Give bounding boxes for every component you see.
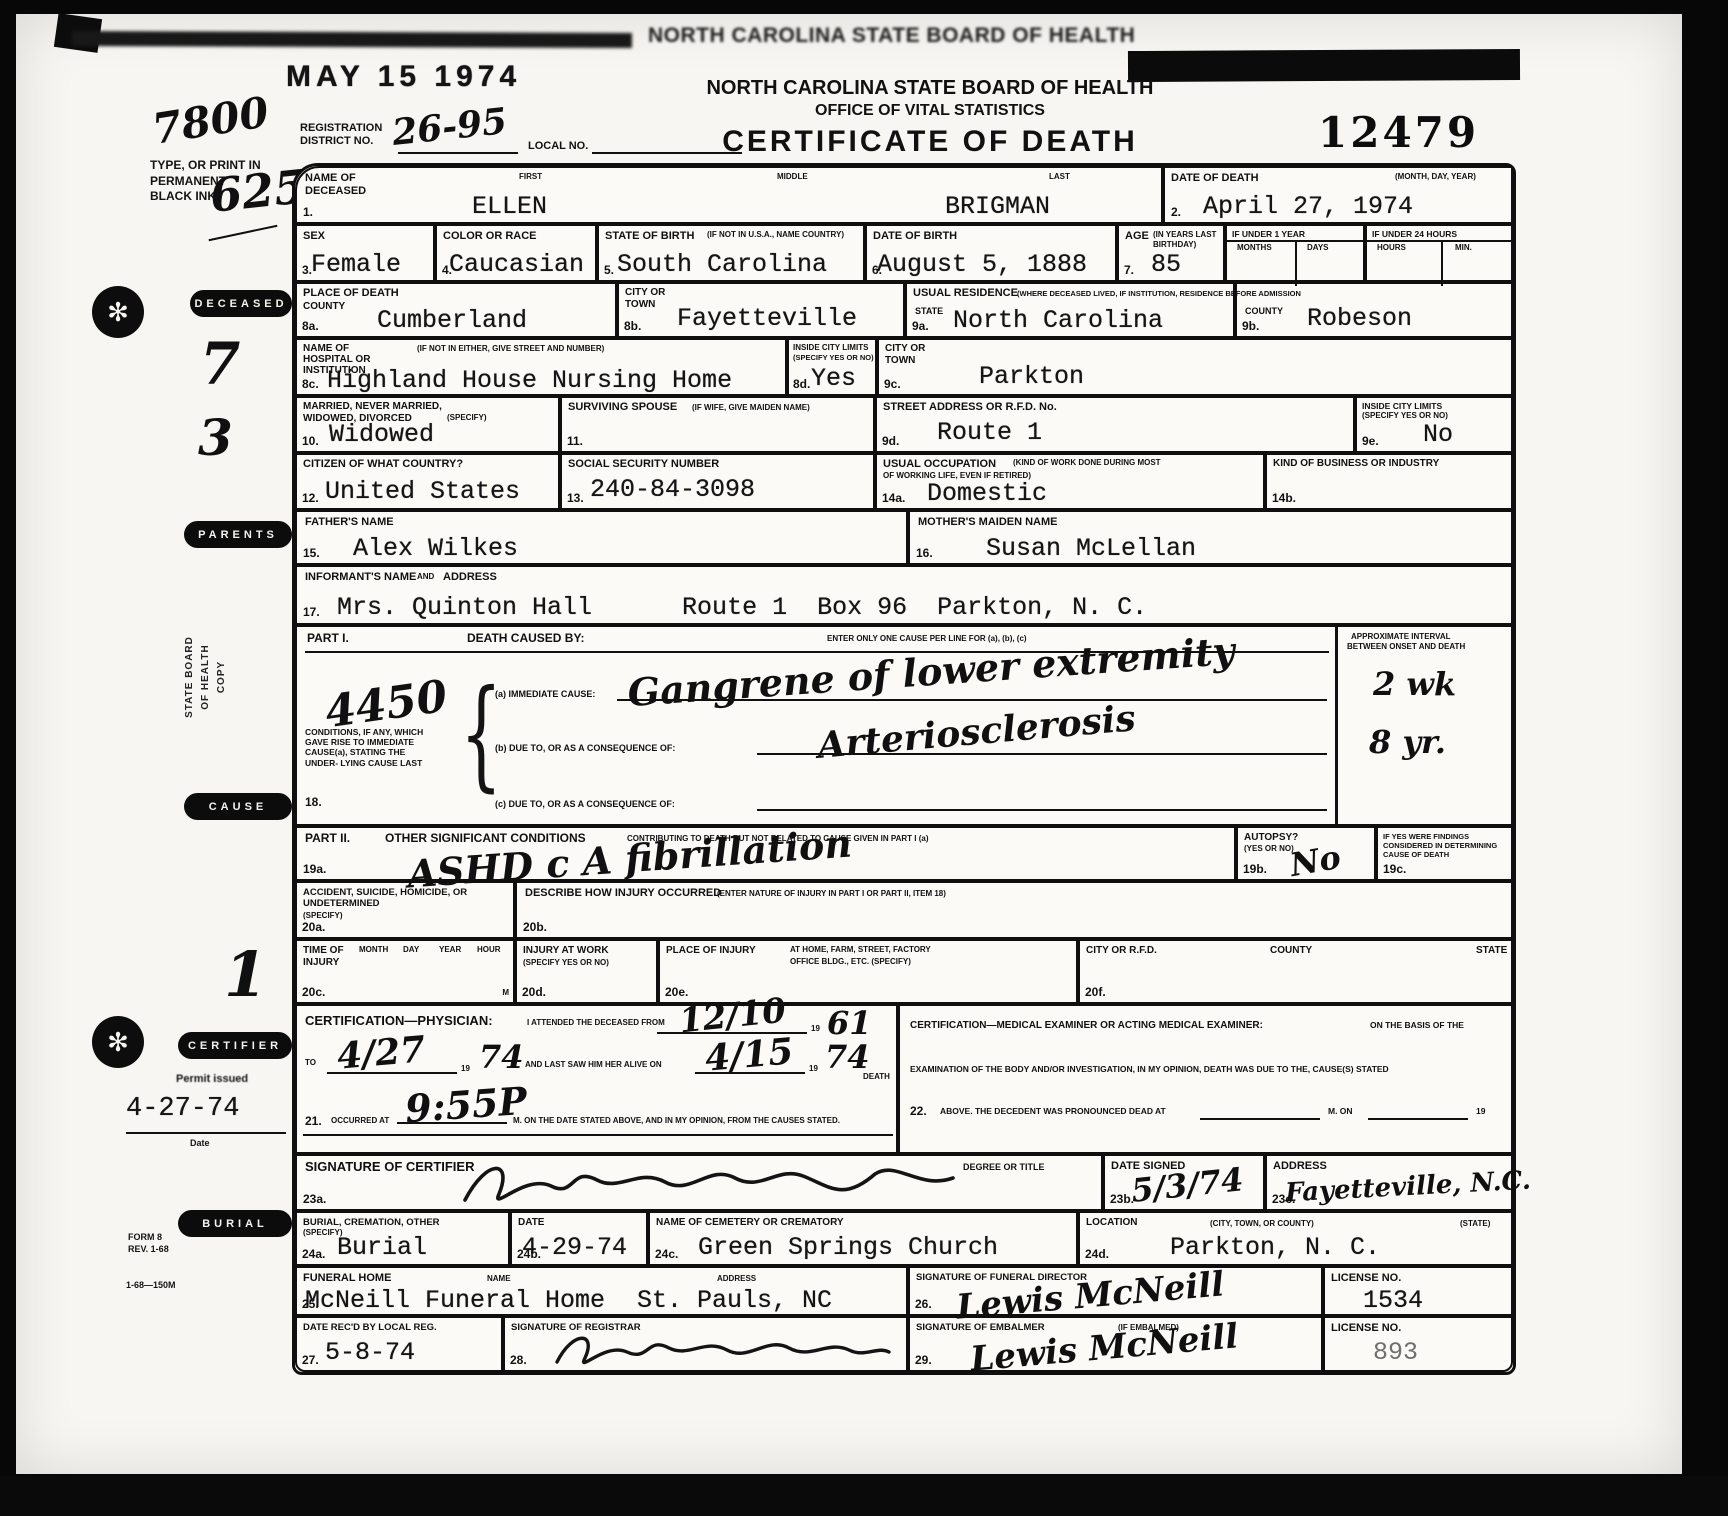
field-embalmer-license: LICENSE NO. 893 (1323, 1316, 1513, 1372)
field-date-received: DATE REC'D BY LOCAL REG. 27. 5-8-74 (295, 1316, 503, 1372)
permit-date: 4-27-74 (126, 1094, 239, 1124)
header-office: OFFICE OF VITAL STATISTICS (690, 101, 1170, 122)
field-place-of-injury: PLACE OF INJURY AT HOME, FARM, STREET, F… (658, 939, 1078, 1004)
tab-certifier: CERTIFIER (178, 1032, 292, 1059)
value-death-county: Cumberland (377, 306, 527, 335)
field-time-of-injury: TIME OF INJURY MONTH DAY YEAR HOUR 20c. … (295, 939, 515, 1004)
black-bar-artifact (1128, 49, 1520, 82)
value-disposition-location: Parkton, N. C. (1170, 1233, 1380, 1262)
value-inside-city-8d: Yes (811, 364, 856, 393)
section-cause-of-death: PART I. DEATH CAUSED BY: ENTER ONLY ONE … (295, 625, 1513, 826)
field-disposition: BURIAL, CREMATION, OTHER (SPECIFY) 24a. … (295, 1211, 510, 1266)
value-due-to-b: Arteriosclerosis (816, 697, 1137, 767)
certificate-form: NAME OF DECEASED FIRST MIDDLE LAST 1. EL… (292, 163, 1516, 1375)
field-place-of-death-county: PLACE OF DEATH COUNTY 8a. Cumberland (295, 282, 617, 338)
ghost-header-text: NORTH CAROLINA STATE BOARD OF HEALTH (648, 24, 1135, 48)
hole-punch-icon: ✻ (92, 286, 144, 338)
value-residence-city: Parkton (979, 362, 1084, 391)
value-cemetery: Green Springs Church (698, 1233, 998, 1262)
value-age: 85 (1151, 250, 1181, 279)
field-funeral-director-signature: SIGNATURE OF FUNERAL DIRECTOR 26. Lewis … (908, 1266, 1323, 1316)
field-disposition-date: DATE 24b. 4-29-74 (510, 1211, 648, 1266)
date-label: Date (190, 1138, 210, 1150)
margin-code-3: 3 (198, 408, 233, 467)
death-certificate-scan: { "doc": { "stamp": "MAY 15 1974", "cert… (0, 0, 1728, 1516)
field-hospital: NAME OF HOSPITAL OR INSTITUTION (IF NOT … (295, 338, 787, 396)
field-director-license: LICENSE NO. 1534 (1323, 1266, 1513, 1316)
field-surviving-spouse: SURVIVING SPOUSE (IF WIFE, GIVE MAIDEN N… (560, 396, 875, 453)
permit-date-underline (126, 1132, 286, 1134)
print-run: 1-68—150M (126, 1280, 176, 1292)
field-date-of-birth: DATE OF BIRTH 6. August 5, 1888 (865, 224, 1117, 282)
field-certifier-address: ADDRESS 23c. Fayetteville, N.C. (1265, 1154, 1513, 1211)
field-embalmer-signature: SIGNATURE OF EMBALMER (IF EMBALMED) 29. … (908, 1316, 1323, 1372)
field-place-of-death-city: CITY OR TOWN 8b. Fayetteville (617, 282, 905, 338)
field-mother-name: MOTHER'S MAIDEN NAME 16. Susan McLellan (908, 510, 1513, 565)
field-how-injury-occurred: DESCRIBE HOW INJURY OCCURRED (ENTER NATU… (515, 881, 1513, 939)
value-marital: Widowed (329, 420, 434, 449)
field-funeral-home: FUNERAL HOME NAME ADDRESS 25. McNeill Fu… (295, 1266, 908, 1316)
field-date-signed: DATE SIGNED 23b. 5/3/74 (1103, 1154, 1265, 1211)
field-inside-city-limits-8d: INSIDE CITY LIMITS (SPECIFY YES OR NO) 8… (787, 338, 877, 396)
value-father: Alex Wilkes (353, 534, 518, 563)
field-residence-state: USUAL RESIDENCE (WHERE DECEASED LIVED, I… (905, 282, 1235, 338)
conditions-note: CONDITIONS, IF ANY, WHICH GAVE RISE TO I… (305, 727, 437, 768)
section-certification-physician: CERTIFICATION—PHYSICIAN: I ATTENDED THE … (295, 1004, 898, 1154)
tab-cause: CAUSE (184, 793, 292, 820)
field-injury-at-work: INJURY AT WORK (SPECIFY YES OR NO) 20d. (515, 939, 658, 1004)
value-interval-a: 2 wk (1373, 665, 1456, 703)
copy-designation: STATE BOARD OF HEALTH COPY (182, 612, 230, 742)
header-title: CERTIFICATE OF DEATH (690, 124, 1170, 160)
value-death-city: Fayetteville (677, 304, 857, 333)
field-if-under-1-year: IF UNDER 1 YEAR MONTHS DAYS (1225, 224, 1365, 282)
margin-code-1: 1 (224, 938, 267, 1011)
value-autopsy: No (1287, 838, 1343, 884)
registration-district-label: REGISTRATION DISTRICT NO. (300, 122, 382, 148)
scan-edge-bottom (0, 1476, 1728, 1516)
field-citizen: CITIZEN OF WHAT COUNTRY? 12. United Stat… (295, 453, 560, 510)
form-header: NORTH CAROLINA STATE BOARD OF HEALTH OFF… (690, 76, 1170, 160)
field-residence-city: CITY OR TOWN 9c. Parkton (877, 338, 1513, 396)
margin-code-7: 7 (200, 330, 240, 398)
value-attended-to: 4/27 (335, 1028, 427, 1078)
value-residence-state: North Carolina (953, 306, 1163, 335)
scan-artifact-bar (72, 31, 632, 48)
value-inside-city-9e: No (1423, 420, 1453, 449)
field-registrar-signature: SIGNATURE OF REGISTRAR 28. (503, 1316, 908, 1372)
value-disposition: Burial (337, 1233, 427, 1262)
registrar-signature (545, 1326, 895, 1372)
value-citizen: United States (325, 477, 520, 506)
value-ssn: 240-84-3098 (590, 475, 755, 504)
local-no-label: LOCAL NO. (528, 140, 588, 152)
field-residence-county: COUNTY 9b. Robeson (1235, 282, 1513, 338)
field-father-name: FATHER'S NAME 15. Alex Wilkes (295, 510, 908, 565)
conditions-brace: { (460, 665, 502, 804)
certificate-number: 12479 (1318, 108, 1479, 157)
value-funeral-home: McNeill Funeral Home (305, 1286, 605, 1315)
field-occupation: USUAL OCCUPATION (KIND OF WORK DONE DURI… (875, 453, 1265, 510)
value-attended-to-year: 74 (479, 1038, 524, 1076)
section-other-conditions: PART II. OTHER SIGNIFICANT CONDITIONS CO… (295, 826, 1236, 881)
field-inside-city-limits-9e: INSIDE CITY LIMITS (SPECIFY YES OR NO) 9… (1355, 396, 1513, 453)
received-date-stamp: MAY 15 1974 (286, 60, 521, 94)
registration-underline (398, 152, 518, 154)
value-date-of-death: April 27, 1974 (1203, 192, 1413, 221)
value-attended-from-year: 61 (827, 1004, 872, 1042)
value-first-name: ELLEN (472, 192, 547, 221)
col-middle: MIDDLE (777, 172, 808, 182)
field-signature-of-certifier: SIGNATURE OF CERTIFIER 23a. DEGREE OR TI… (295, 1154, 1103, 1211)
field-disposition-location: LOCATION (CITY, TOWN, OR COUNTY) (STATE)… (1078, 1211, 1513, 1266)
field-autopsy: AUTOPSY? (YES OR NO) 19b. No (1236, 826, 1376, 881)
tab-burial: BURIAL (178, 1210, 292, 1237)
form-number: FORM 8 REV. 1-68 (128, 1232, 169, 1255)
value-race: Caucasian (449, 250, 584, 279)
value-residence-county: Robeson (1307, 304, 1412, 333)
header-board: NORTH CAROLINA STATE BOARD OF HEALTH (690, 76, 1170, 101)
local-no-underline (592, 152, 742, 154)
col-first: FIRST (519, 172, 542, 182)
field-age: AGE (IN YEARS LAST BIRTHDAY) 7. 85 (1117, 224, 1225, 282)
hole-punch-icon: ✻ (92, 1016, 144, 1068)
section-certification-medical-examiner: CERTIFICATION—MEDICAL EXAMINER OR ACTING… (898, 1004, 1513, 1154)
field-findings-considered: IF YES WERE FINDINGS CONSIDERED IN DETER… (1376, 826, 1513, 881)
field-accident-suicide: ACCIDENT, SUICIDE, HOMICIDE, OR UNDETERM… (295, 881, 515, 939)
value-sex: Female (311, 250, 401, 279)
field-cemetery: NAME OF CEMETERY OR CREMATORY 24c. Green… (648, 1211, 1078, 1266)
value-interval-b: 8 yr. (1369, 723, 1446, 761)
value-street: Route 1 (937, 418, 1042, 447)
field-injury-location: CITY OR R.F.D. COUNTY STATE 20f. (1078, 939, 1513, 1004)
field-street-address: STREET ADDRESS OR R.F.D. No. 9d. Route 1 (875, 396, 1355, 453)
field-name-of-deceased: NAME OF DECEASED FIRST MIDDLE LAST 1. EL… (295, 166, 1163, 224)
field-informant: INFORMANT'S NAME AND ADDRESS 17. Mrs. Qu… (295, 565, 1513, 625)
field-business: KIND OF BUSINESS OR INDUSTRY 14b. (1265, 453, 1513, 510)
value-date-of-birth: August 5, 1888 (877, 250, 1087, 279)
value-embalmer-license: 893 (1373, 1338, 1418, 1367)
field-ssn: SOCIAL SECURITY NUMBER 13. 240-84-3098 (560, 453, 875, 510)
field-marital-status: MARRIED, NEVER MARRIED, WIDOWED, DIVORCE… (295, 396, 560, 453)
value-last-saw-year: 74 (825, 1038, 870, 1076)
value-date-received: 5-8-74 (325, 1338, 415, 1367)
value-funeral-home-address: St. Pauls, NC (637, 1286, 832, 1315)
value-director-license: 1534 (1363, 1286, 1423, 1315)
field-if-under-24-hours: IF UNDER 24 HOURS HOURS MIN. (1365, 224, 1513, 282)
tab-deceased: DECEASED (190, 290, 292, 317)
certifier-signature (447, 1156, 967, 1212)
col-last: LAST (1049, 172, 1070, 182)
field-state-of-birth: STATE OF BIRTH (IF NOT IN U.S.A., NAME C… (597, 224, 865, 282)
field-date-of-death: DATE OF DEATH (MONTH, DAY, YEAR) 2. Apri… (1163, 166, 1513, 224)
field-race: COLOR OR RACE 4. Caucasian (435, 224, 597, 282)
value-occupation: Domestic (927, 479, 1047, 508)
value-hospital: Highland House Nursing Home (327, 366, 732, 395)
value-state-of-birth: South Carolina (617, 250, 827, 279)
value-disposition-date: 4-29-74 (522, 1233, 627, 1262)
permit-issued-label: Permit issued (176, 1072, 248, 1086)
value-last-name: BRIGMAN (945, 192, 1050, 221)
tab-parents: PARENTS (184, 521, 292, 548)
value-informant: Mrs. Quinton Hall Route 1 Box 96 Parkton… (337, 593, 1147, 622)
value-mother: Susan McLellan (986, 534, 1196, 563)
field-sex: SEX 3. Female (295, 224, 435, 282)
